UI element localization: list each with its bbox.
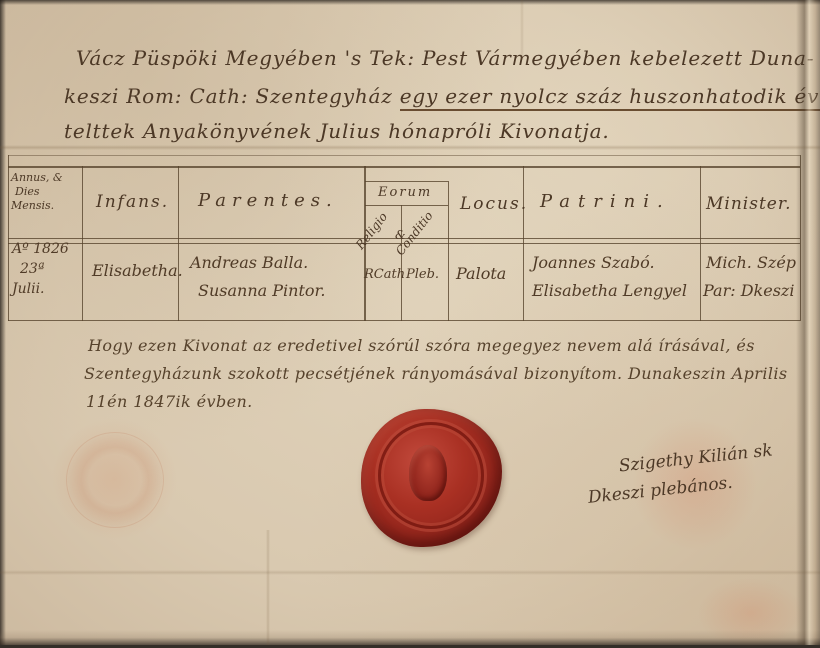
eorum-box-bottom-rule xyxy=(365,205,448,206)
cell-date-day: 23ª xyxy=(20,259,69,279)
table-rule-religio-conditio xyxy=(401,205,402,321)
cell-locus: Palota xyxy=(456,264,506,283)
fold-crease-vertical-bottom xyxy=(266,530,270,645)
table-rule-col6 xyxy=(700,166,701,321)
cell-patrini-2: Elisabetha Lengyel xyxy=(532,281,687,300)
certification-line-1: Hogy ezen Kivonat az eredetivel szórúl s… xyxy=(88,336,755,355)
cell-religio: RCath xyxy=(364,267,405,282)
stain-bottom-right xyxy=(698,578,803,645)
table-rule-bottom xyxy=(8,320,800,321)
cell-minister-1: Mich. Szép xyxy=(706,253,796,272)
cell-patrini-1: Joannes Szabó. xyxy=(532,253,655,272)
table-rule-col2 xyxy=(178,166,179,321)
signature-block: Szigethy Kilián sk Dkeszi plebános. xyxy=(584,436,818,508)
header-infans: Infans. xyxy=(96,192,169,212)
wax-seal-center-figure xyxy=(409,445,447,501)
cell-date-year: Aº 1826 xyxy=(12,239,69,259)
table-rule-right xyxy=(800,155,801,321)
heading-line-3: telttek Anyakönyvének Julius hónapróli K… xyxy=(64,119,610,143)
paper-edge-left xyxy=(0,0,6,645)
fold-crease-horizontal-top xyxy=(0,145,820,150)
header-patrini: Patrini. xyxy=(540,191,671,212)
table-rule-col1 xyxy=(82,166,83,321)
certification-line-3: 11én 1847ik évben. xyxy=(86,392,253,411)
cell-infans: Elisabetha. xyxy=(92,261,183,280)
parchment-document: Vácz Püspöki Megyében 's Tek: Pest Várme… xyxy=(0,0,820,645)
ghost-seal-stain-left xyxy=(52,418,177,540)
cell-parentes-mother: Susanna Pintor. xyxy=(198,281,325,300)
header-annus: Annus, & xyxy=(11,171,63,185)
header-religio: Religio xyxy=(353,210,390,252)
cell-date-month: Julii. xyxy=(12,279,69,299)
heading-line-1: Vácz Püspöki Megyében 's Tek: Pest Várme… xyxy=(76,46,814,70)
header-locus: Locus. xyxy=(460,194,528,214)
paper-edge-bottom xyxy=(0,630,820,645)
heading-line-2: keszi Rom: Cath: Szentegyház egy ezer ny… xyxy=(64,84,820,108)
header-mensis: Mensis. xyxy=(11,199,63,213)
table-rule-top-outer xyxy=(8,155,800,156)
certification-line-2: Szentegyházunk szokott pecsétjének rányo… xyxy=(84,364,788,383)
fold-crease-horizontal-bottom xyxy=(0,570,820,575)
cell-date: Aº 1826 23ª Julii. xyxy=(12,239,69,299)
heading-line-2-pre: keszi Rom: Cath: Szentegyház xyxy=(64,84,400,108)
eorum-box-top-rule xyxy=(365,181,448,182)
header-annus-dies-mensis: Annus, & Dies Mensis. xyxy=(11,171,63,213)
ghost-seal-ring-left xyxy=(66,432,164,528)
header-eorum: Eorum xyxy=(378,185,432,200)
table-rule-col5 xyxy=(523,166,524,321)
table-rule-left xyxy=(8,155,9,321)
red-wax-seal xyxy=(361,409,502,547)
heading-underlined-year: egy ezer nyolcz száz huszonhatodik évi xyxy=(400,84,820,111)
table-rule-top xyxy=(8,166,800,168)
table-rule-col4 xyxy=(448,181,449,321)
cell-parentes-father: Andreas Balla. xyxy=(190,253,308,272)
cell-minister-2: Par: Dkeszi xyxy=(703,281,794,300)
paper-edge-top xyxy=(0,0,820,5)
header-minister: Minister. xyxy=(706,194,792,214)
header-dies: Dies xyxy=(15,185,63,199)
header-parentes: Parentes. xyxy=(198,190,338,211)
cell-conditio: Pleb. xyxy=(406,267,439,282)
